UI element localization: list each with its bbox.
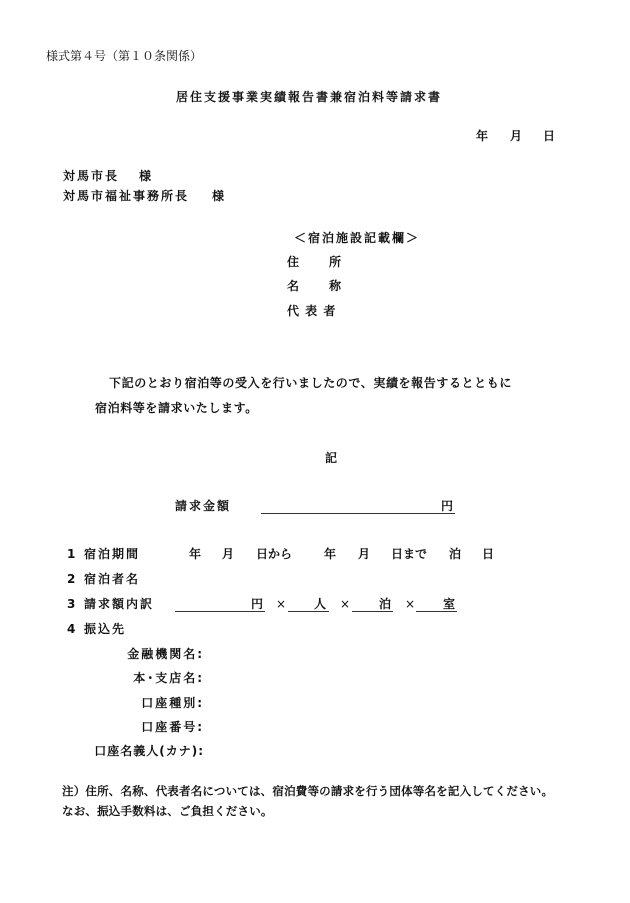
date-month: 月	[510, 130, 522, 142]
transfer-account-number-label: 口座番号:	[141, 721, 204, 733]
addressee-welfare-office: 対馬市福祉事務所長	[63, 190, 189, 202]
item-period-number: 1	[67, 548, 75, 560]
breakdown-times-1: ×	[276, 598, 286, 610]
breakdown-times-2: ×	[340, 598, 350, 610]
breakdown-times-3: ×	[405, 598, 415, 610]
claim-amount-field[interactable]	[261, 499, 455, 514]
period-from-day: 日から	[256, 548, 292, 560]
transfer-account-type-label: 口座種別:	[141, 697, 204, 709]
facility-address-label-b: 所	[329, 256, 341, 268]
addressee-mayor: 対馬市長	[63, 170, 119, 182]
facility-heading: ＜宿泊施設記載欄＞	[294, 232, 420, 244]
item-breakdown-label: 請求額内訳	[84, 598, 154, 610]
period-to-month: 月	[358, 548, 370, 560]
breakdown-rooms-unit: 室	[443, 598, 455, 610]
ki-heading: 記	[325, 452, 337, 464]
claim-amount-label: 請求金額	[175, 500, 231, 512]
transfer-account-holder-label: 口座名義人(カナ):	[94, 745, 204, 757]
period-nights: 泊	[449, 548, 461, 560]
date-day: 日	[543, 130, 555, 142]
transfer-bank-name-label: 金融機関名:	[127, 648, 204, 660]
item-transfer-number: 4	[67, 623, 75, 635]
date-year: 年	[476, 130, 488, 142]
addressee-mayor-honorific: 様	[139, 170, 151, 182]
item-guest-label: 宿泊者名	[84, 573, 140, 585]
item-guest-number: 2	[67, 573, 75, 585]
breakdown-nights-unit: 泊	[379, 598, 391, 610]
body-text-line1: 下記のとおり宿泊等の受入を行いましたので、実績を報告するとともに	[109, 377, 512, 389]
note-line1: 注）住所、名称、代表者名については、宿泊費等の請求を行う団体等名を記入してくださ…	[62, 786, 553, 798]
item-breakdown-number: 3	[67, 598, 75, 610]
period-from-month: 月	[222, 548, 234, 560]
facility-representative-label: 代 表 者	[287, 305, 336, 317]
facility-name-label-a: 名	[287, 280, 299, 292]
addressee-welfare-honorific: 様	[212, 190, 224, 202]
document-title: 居住支援事業実績報告書兼宿泊料等請求書	[176, 91, 442, 103]
facility-name-label-b: 称	[329, 280, 341, 292]
facility-address-label-a: 住	[287, 256, 299, 268]
breakdown-persons-unit: 人	[314, 598, 326, 610]
item-period-label: 宿泊期間	[84, 548, 140, 560]
period-from-year: 年	[189, 548, 201, 560]
period-to-day: 日まで	[391, 548, 427, 560]
breakdown-yen-unit: 円	[251, 598, 263, 610]
note-line2: なお、振込手数料は、ご負担ください。	[62, 806, 273, 818]
form-number: 様式第４号（第１０条関係）	[46, 50, 202, 62]
period-days: 日	[482, 548, 494, 560]
transfer-branch-name-label: 本･支店名:	[133, 672, 204, 684]
period-to-year: 年	[324, 548, 336, 560]
item-transfer-label: 振込先	[84, 623, 126, 635]
body-text-line2: 宿泊料等を請求いたします。	[95, 402, 258, 414]
claim-amount-unit: 円	[441, 500, 453, 512]
